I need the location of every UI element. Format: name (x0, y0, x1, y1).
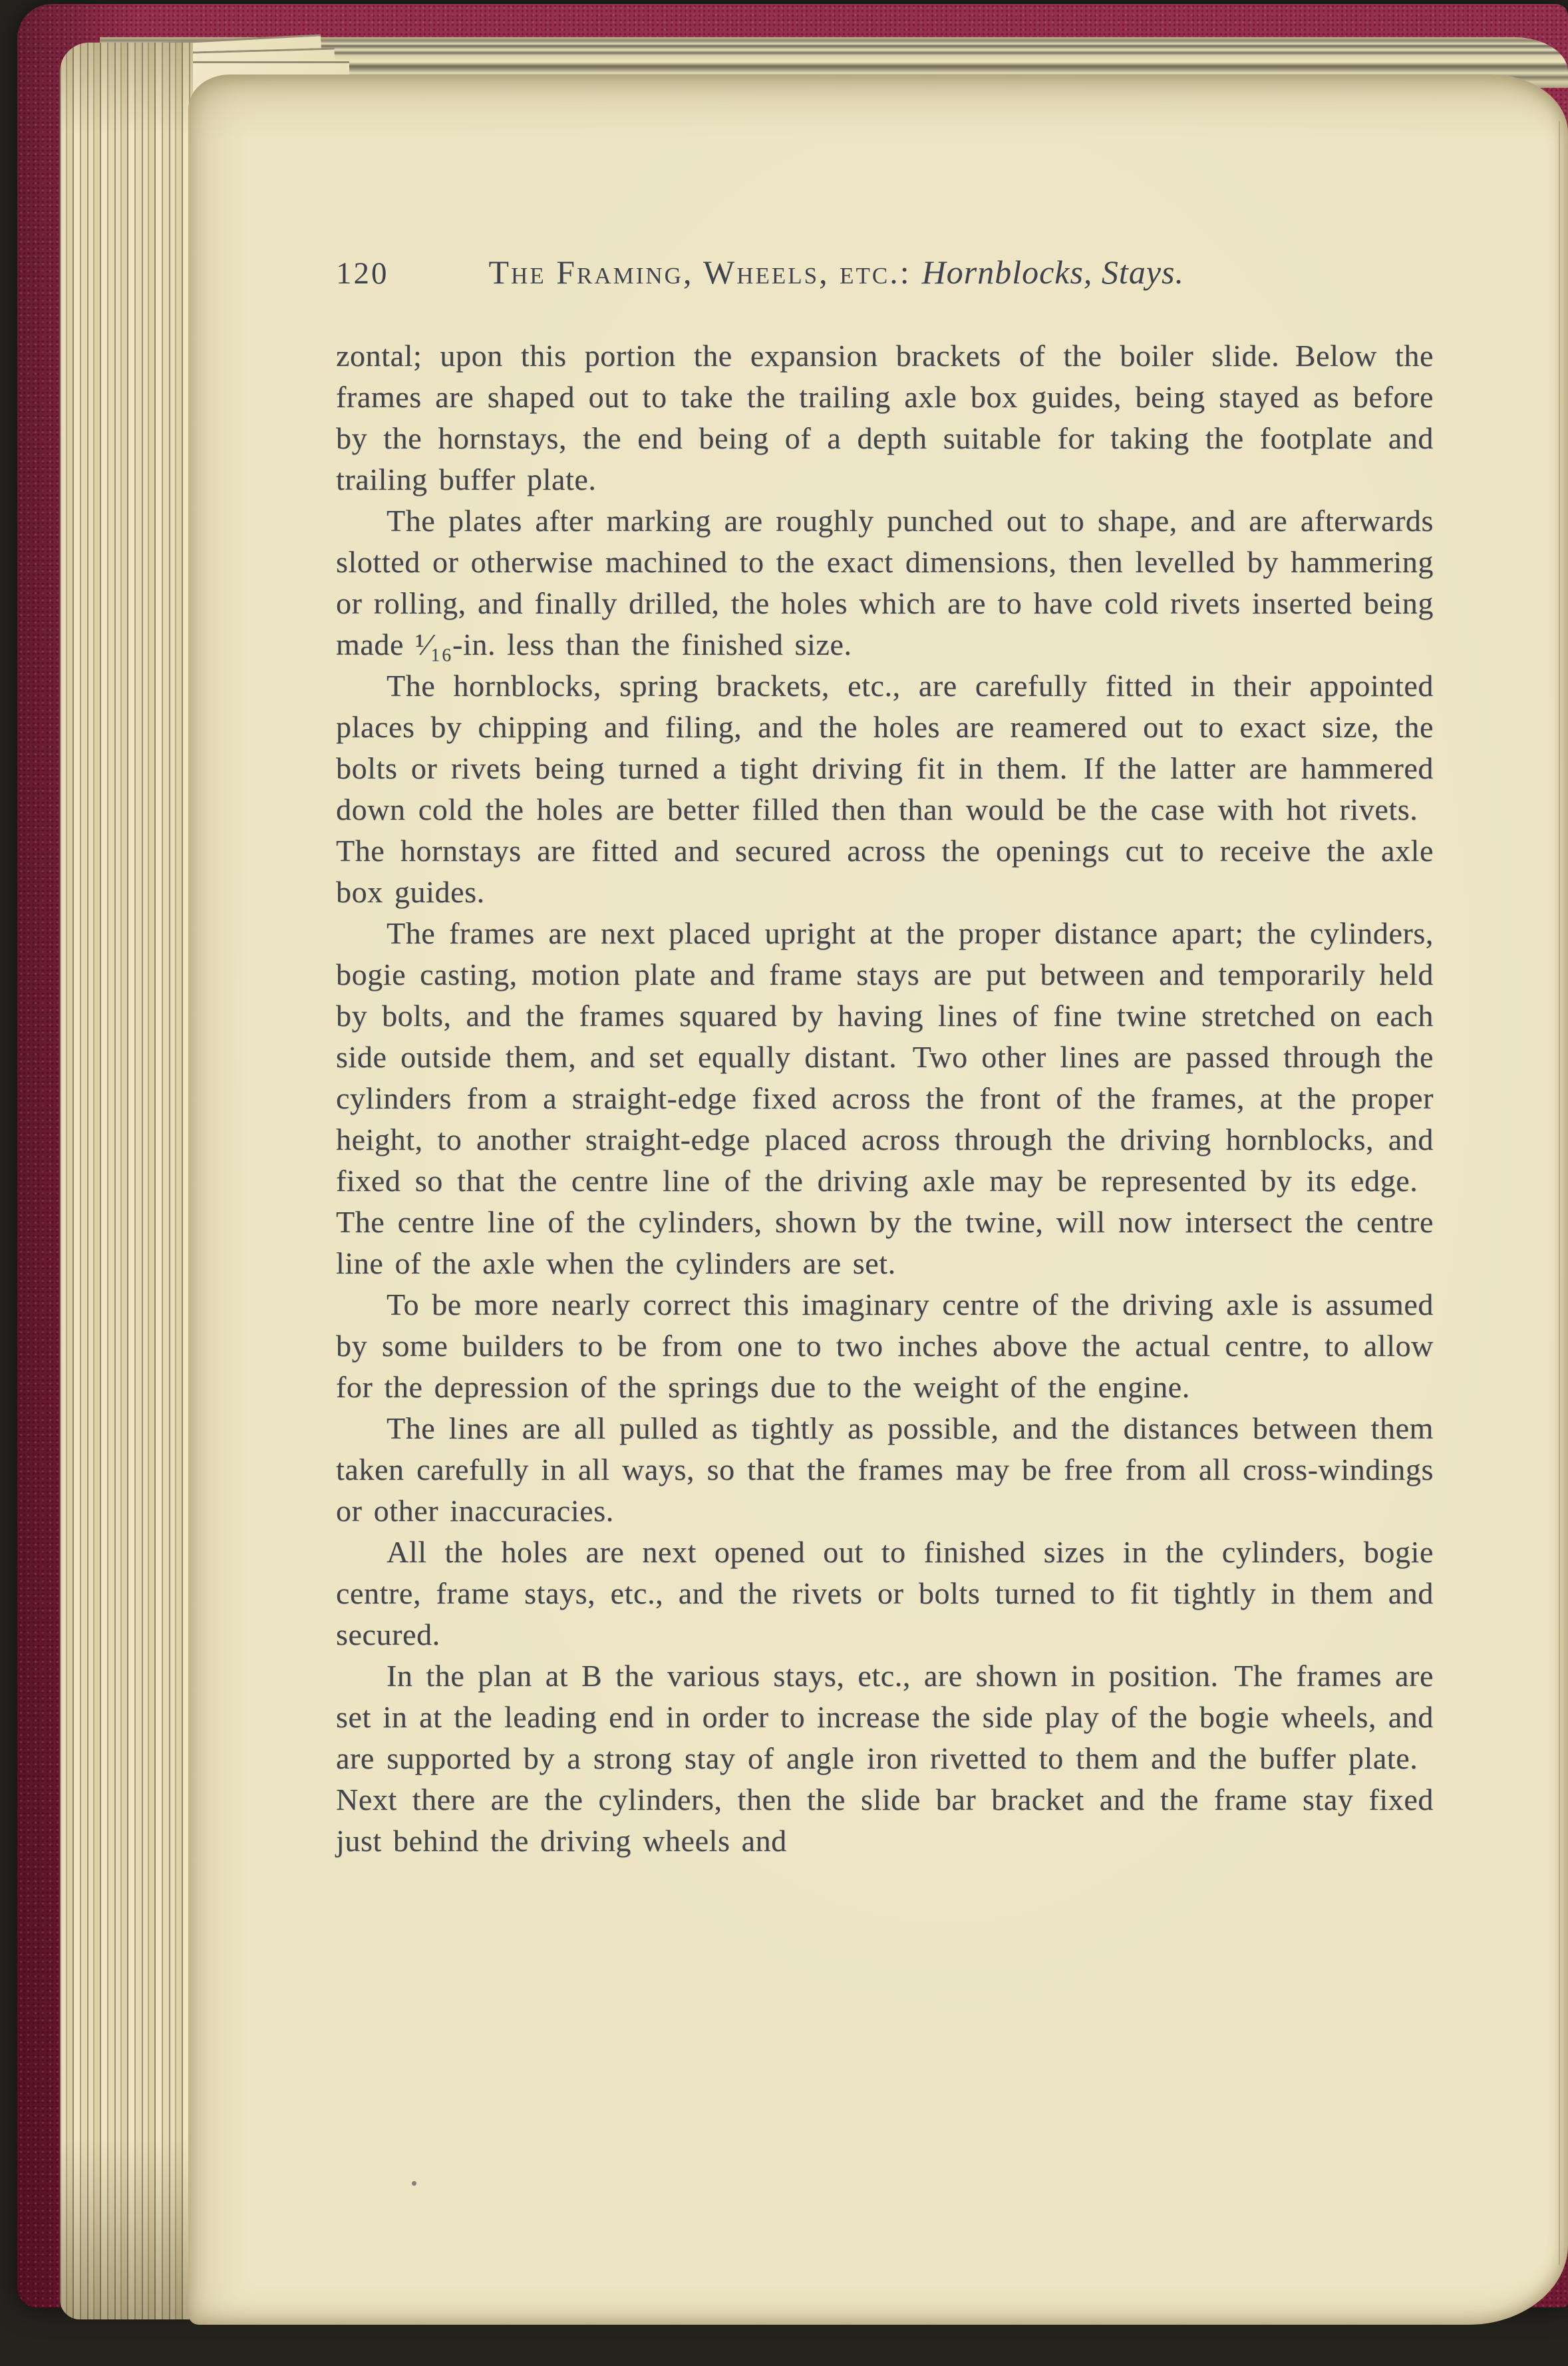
paragraph: To be more nearly correct this imaginary… (336, 1284, 1434, 1408)
running-header: 120The Framing, Wheels, etc.:Hornblocks,… (336, 253, 1440, 291)
paragraph: The plates after marking are roughly pun… (336, 500, 1434, 665)
paragraph: All the holes are next opened out to fin… (336, 1532, 1434, 1655)
paragraph: In the plan at B the various stays, etc.… (336, 1655, 1434, 1862)
page-text: zontal; upon this portion the expansion … (336, 335, 1434, 1862)
book-photo: 120The Framing, Wheels, etc.:Hornblocks,… (0, 0, 1568, 2366)
ink-speck (412, 2181, 416, 2186)
running-title-italic: Hornblocks, Stays. (922, 254, 1184, 291)
paragraph: The frames are next placed upright at th… (336, 913, 1434, 1284)
page-edges-left (60, 43, 193, 2319)
paragraph: The hornblocks, spring brackets, etc., a… (336, 665, 1434, 913)
book-page: 120The Framing, Wheels, etc.:Hornblocks,… (188, 75, 1568, 2325)
running-title: The Framing, Wheels, etc.: (489, 254, 911, 291)
paragraph: zontal; upon this portion the expansion … (336, 335, 1434, 500)
page-number: 120 (336, 256, 389, 291)
paragraph: The lines are all pulled as tightly as p… (336, 1408, 1434, 1532)
